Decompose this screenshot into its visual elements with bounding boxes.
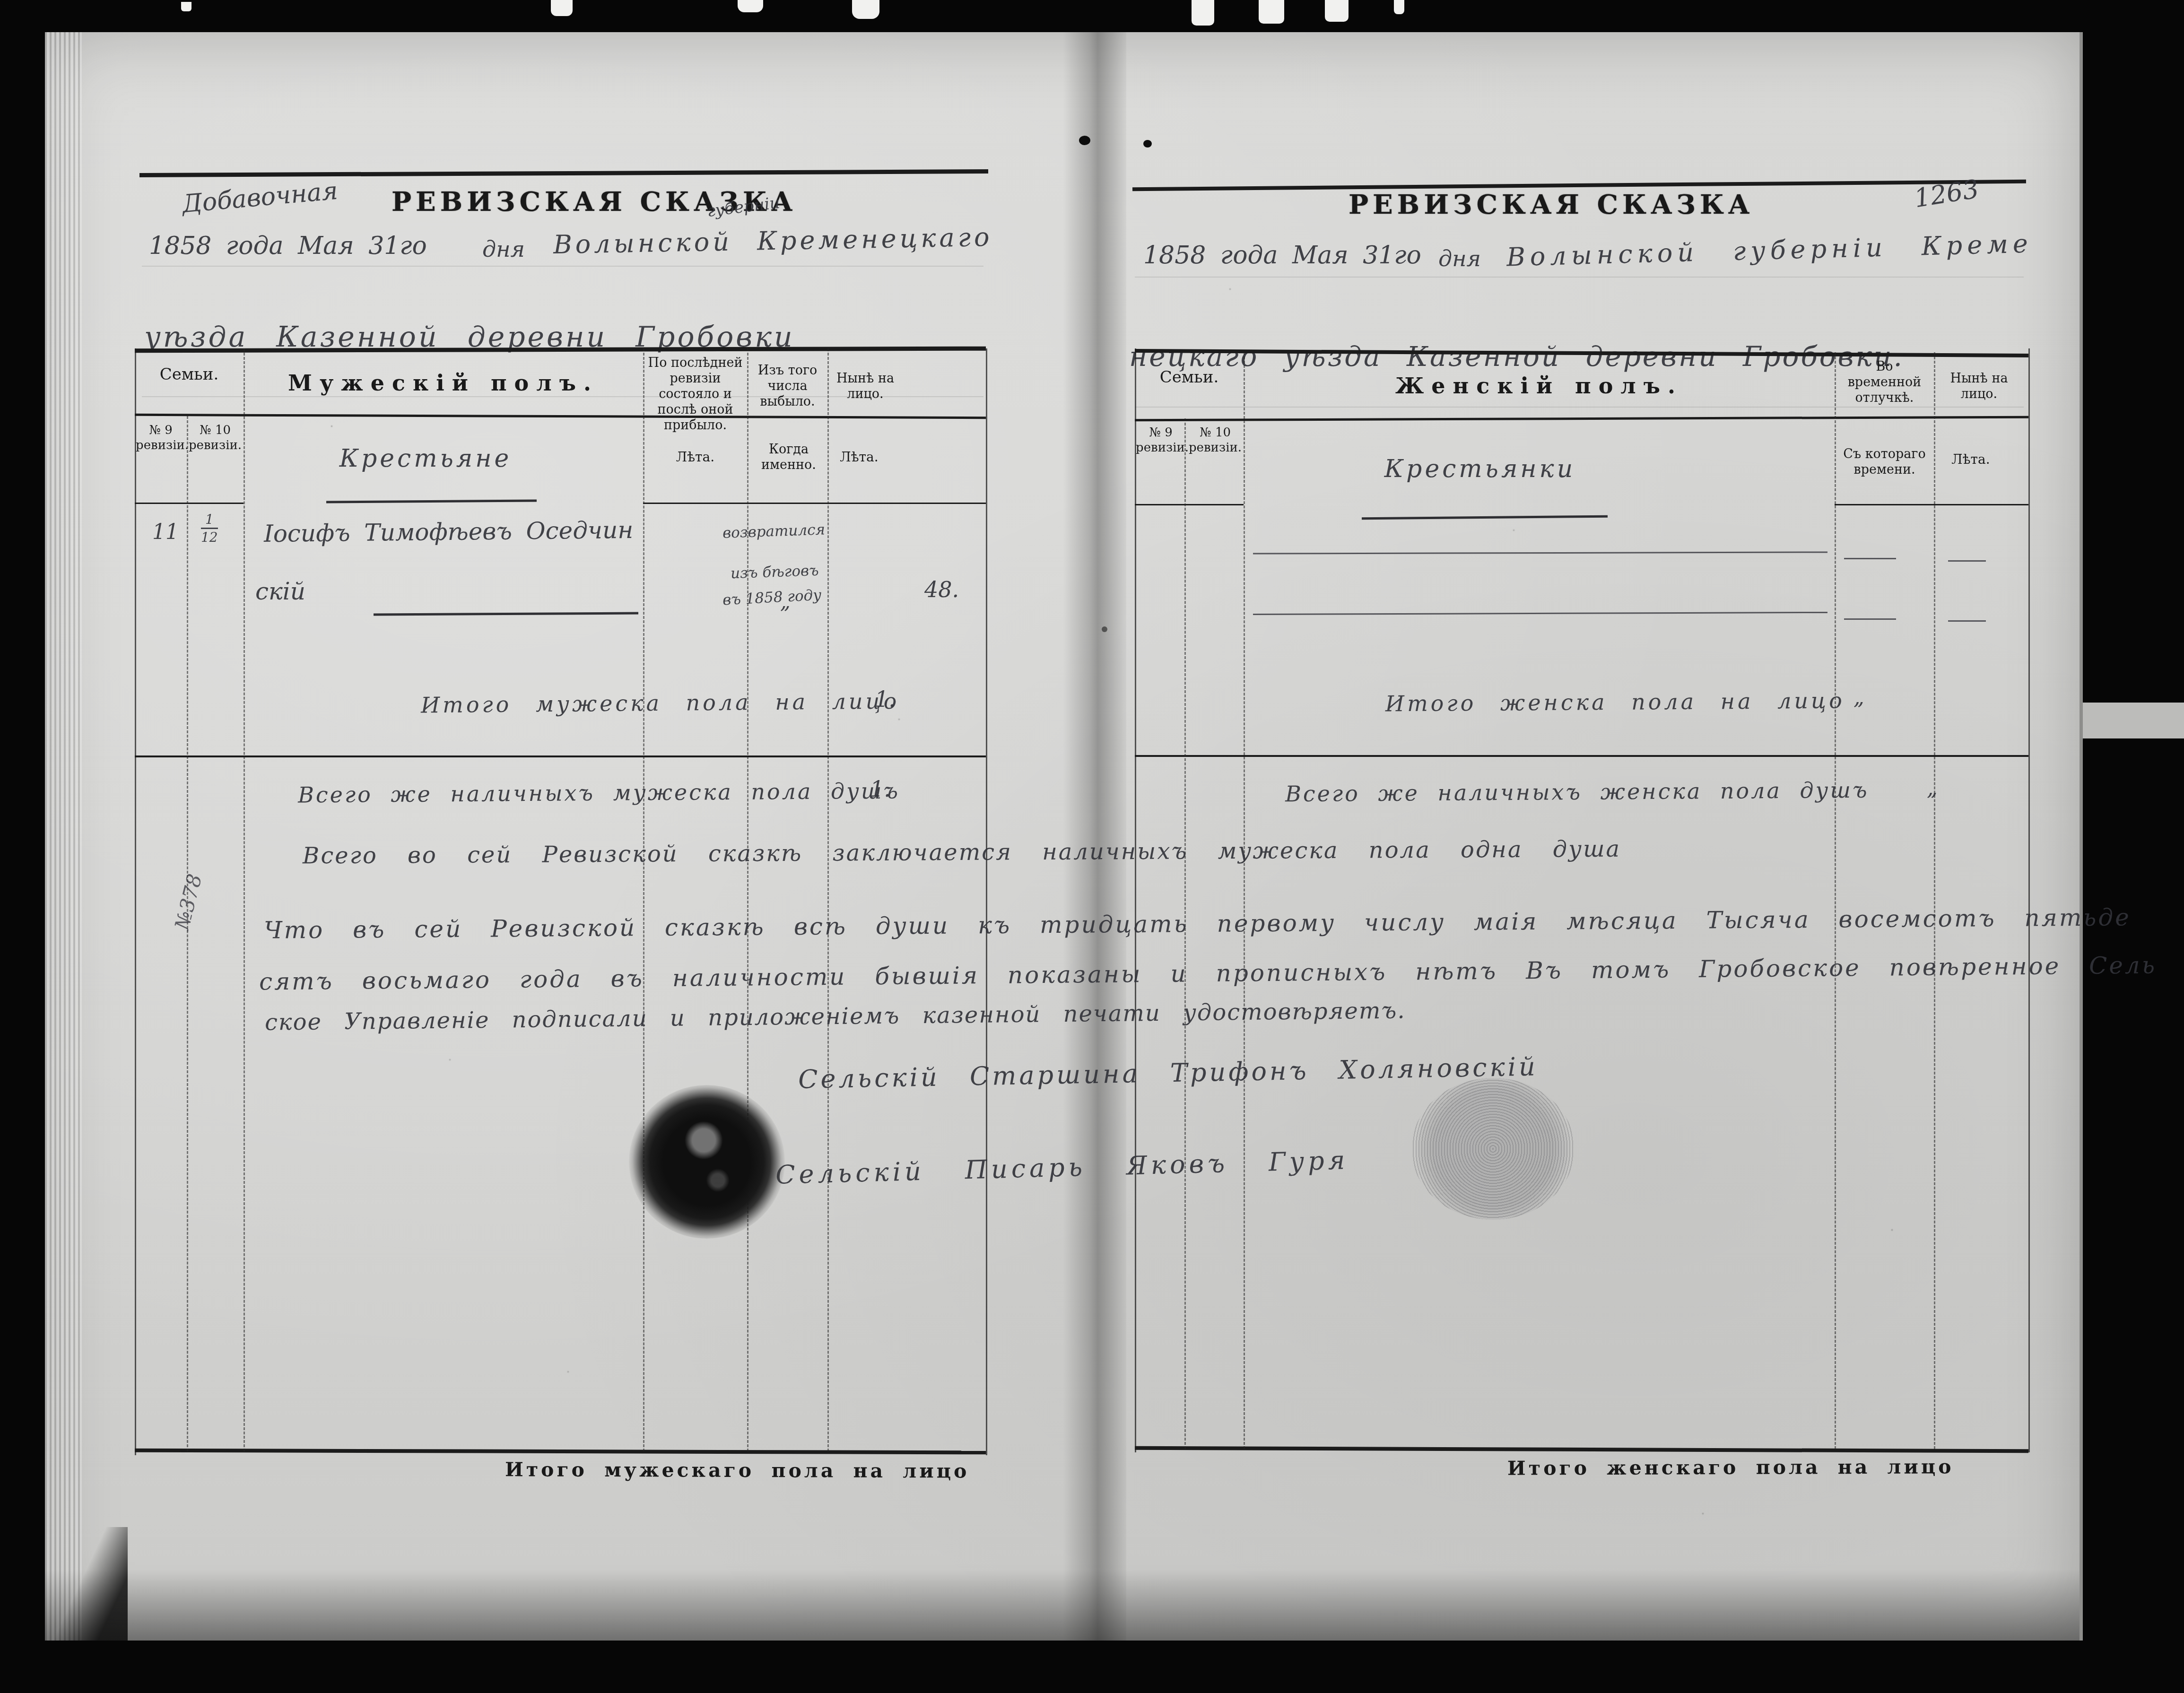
- right-table-column-line: [1835, 352, 1836, 1449]
- left-table-subtotal-rule: [135, 755, 986, 757]
- right-page-edge: [2080, 32, 2083, 1641]
- ink-blot: [1102, 626, 1107, 632]
- left-subcol-when: Когда именно.: [751, 442, 827, 473]
- scanner-digit-fragment: [1259, 0, 1284, 24]
- left-table-column-line: [747, 348, 748, 1451]
- row-name-line1: Іосифъ Тимофѣевъ Оседчин: [264, 516, 634, 547]
- left-printed-footer: Итого мужескаго пола на лицо: [505, 1458, 970, 1482]
- scanner-digit-fragment: [181, 2, 191, 11]
- official-ink-seal: [629, 1085, 785, 1239]
- ink-speckles: [0, 0, 1, 1]
- blank-entry-dash: [1844, 618, 1896, 620]
- right-col-sex: Женскій полъ.: [1244, 373, 1835, 399]
- right-estate-subheader: Крестьянки: [1333, 455, 1627, 483]
- left-day-word: дня: [482, 236, 525, 262]
- right-printed-footer: Итого женскаго пола на лицо: [1507, 1455, 1954, 1479]
- right-day-word: дня: [1438, 246, 1481, 271]
- row-rev9-number: 11: [152, 520, 179, 544]
- left-subtotal-value: 1.: [875, 686, 896, 712]
- left-subcol-rev9: № 9 ревизіи.: [136, 423, 186, 453]
- right-place-line: нецкаго уѣзда Казенной деревни Гробовки.: [1129, 340, 1904, 373]
- row-when-ditto: „: [780, 590, 791, 613]
- left-subtotal-line: Итого мужеска пола на лицо: [421, 688, 900, 718]
- binding-gutter-shadow: [1063, 32, 1126, 1641]
- page-stack-edge: [45, 32, 82, 1641]
- right-total-ditto: „: [1927, 776, 1938, 800]
- blank-entry-dash: [1948, 560, 1986, 562]
- ruled-line: [1135, 277, 2024, 278]
- row-note-line1: возвратился: [722, 521, 825, 542]
- right-col-family: Семьи.: [1135, 368, 1244, 387]
- left-col-present: Нынѣ на лицо.: [830, 371, 901, 402]
- ruled-line: [1135, 407, 2024, 408]
- right-table-edge-line: [2028, 348, 2030, 1452]
- left-table-edge-line: [986, 348, 987, 1455]
- scanner-digit-fragment: [852, 0, 879, 19]
- scanner-digit-fragment: [551, 0, 573, 16]
- left-col-last-revision: По послѣдней ревизіи состояло и послѣ он…: [647, 356, 744, 434]
- binding-hole: [1079, 136, 1090, 145]
- left-subcol-years1: Лѣта.: [647, 449, 744, 465]
- left-subcol-rev10: № 10 ревизіи.: [188, 423, 243, 453]
- blank-entry-dash: [1948, 620, 1986, 622]
- right-table-column-line: [1244, 352, 1245, 1449]
- row-present-age: 48.: [924, 577, 959, 602]
- right-total-line: Всего же наличныхъ женска пола душъ: [1285, 777, 1869, 807]
- row-name-line2: скій: [255, 578, 305, 605]
- scanner-digit-fragment: [738, 0, 763, 12]
- right-table-column-line: [1934, 352, 1935, 1449]
- row-note-line2: изъ бѣговъ: [730, 562, 819, 582]
- left-table-subheader-rule: [135, 503, 244, 504]
- right-subcol-years: Лѣта.: [1938, 451, 2004, 468]
- scanner-digit-fragment: [1325, 0, 1349, 22]
- right-table-subheader-rule: [1135, 504, 1244, 505]
- protruding-page-tab: [2083, 703, 2184, 738]
- left-table-column-line: [244, 348, 245, 1451]
- blank-entry-dash: [1844, 558, 1896, 559]
- right-table-subtotal-rule: [1135, 755, 2028, 757]
- right-page-title: РЕВИЗСКАЯ СКАЗКА: [1349, 189, 1754, 220]
- left-estate-subheader: Крестьяне: [307, 444, 544, 473]
- row-rev10-fraction: 112: [201, 512, 218, 544]
- right-table-subheader-rule: [1835, 504, 2028, 505]
- right-subcol-rev10: № 10 ревизіи.: [1188, 425, 1243, 455]
- left-col-departed: Изъ того числа выбыло.: [751, 363, 824, 410]
- scanner-digit-fragment: [1192, 0, 1214, 26]
- right-subtotal-ditto: „: [1853, 686, 1864, 710]
- left-table-column-line: [643, 348, 644, 1451]
- left-date-line: 1858 года Мая 31го: [149, 232, 427, 260]
- left-table-edge-line: [135, 348, 136, 1455]
- left-table-column-line: [187, 416, 188, 1451]
- right-subtotal-line: Итого женска пола на лицо: [1385, 688, 1845, 717]
- right-date-line: 1858 года Мая 31го: [1143, 241, 1421, 269]
- left-total-line: Всего же наличныхъ мужеска пола душъ: [298, 778, 900, 808]
- left-total-value: 1.: [870, 776, 891, 802]
- right-table-edge-line: [1135, 348, 1136, 1452]
- fraction-numerator: 1: [205, 513, 214, 526]
- left-col-sex: Мужескій полъ.: [244, 370, 643, 396]
- curled-corner-shadow: [45, 1527, 128, 1641]
- left-table-subheader-rule: [643, 503, 986, 504]
- right-col-away: Во временной отлучкѣ.: [1838, 359, 1931, 406]
- scanner-digit-fragment: [1394, 0, 1404, 14]
- right-subcol-rev9: № 9 ревизіи.: [1136, 425, 1186, 455]
- scanned-revision-list-spread: Добавочная РЕВИЗСКАЯ СКАЗКА губерніи 185…: [0, 0, 2184, 1693]
- binding-hole: [1143, 140, 1152, 148]
- left-table-column-line: [827, 348, 829, 1451]
- right-subcol-since: Съ котораго времени.: [1838, 447, 1931, 478]
- right-col-present: Нынѣ на лицо.: [1938, 371, 2020, 402]
- faded-stamp: [1411, 1078, 1575, 1220]
- fraction-denominator: 12: [201, 528, 218, 544]
- left-subcol-years2: Лѣта.: [831, 449, 888, 465]
- left-col-family: Семьи.: [135, 365, 244, 384]
- bottom-page-shadow: [45, 1570, 2083, 1641]
- ruled-line: [142, 266, 983, 267]
